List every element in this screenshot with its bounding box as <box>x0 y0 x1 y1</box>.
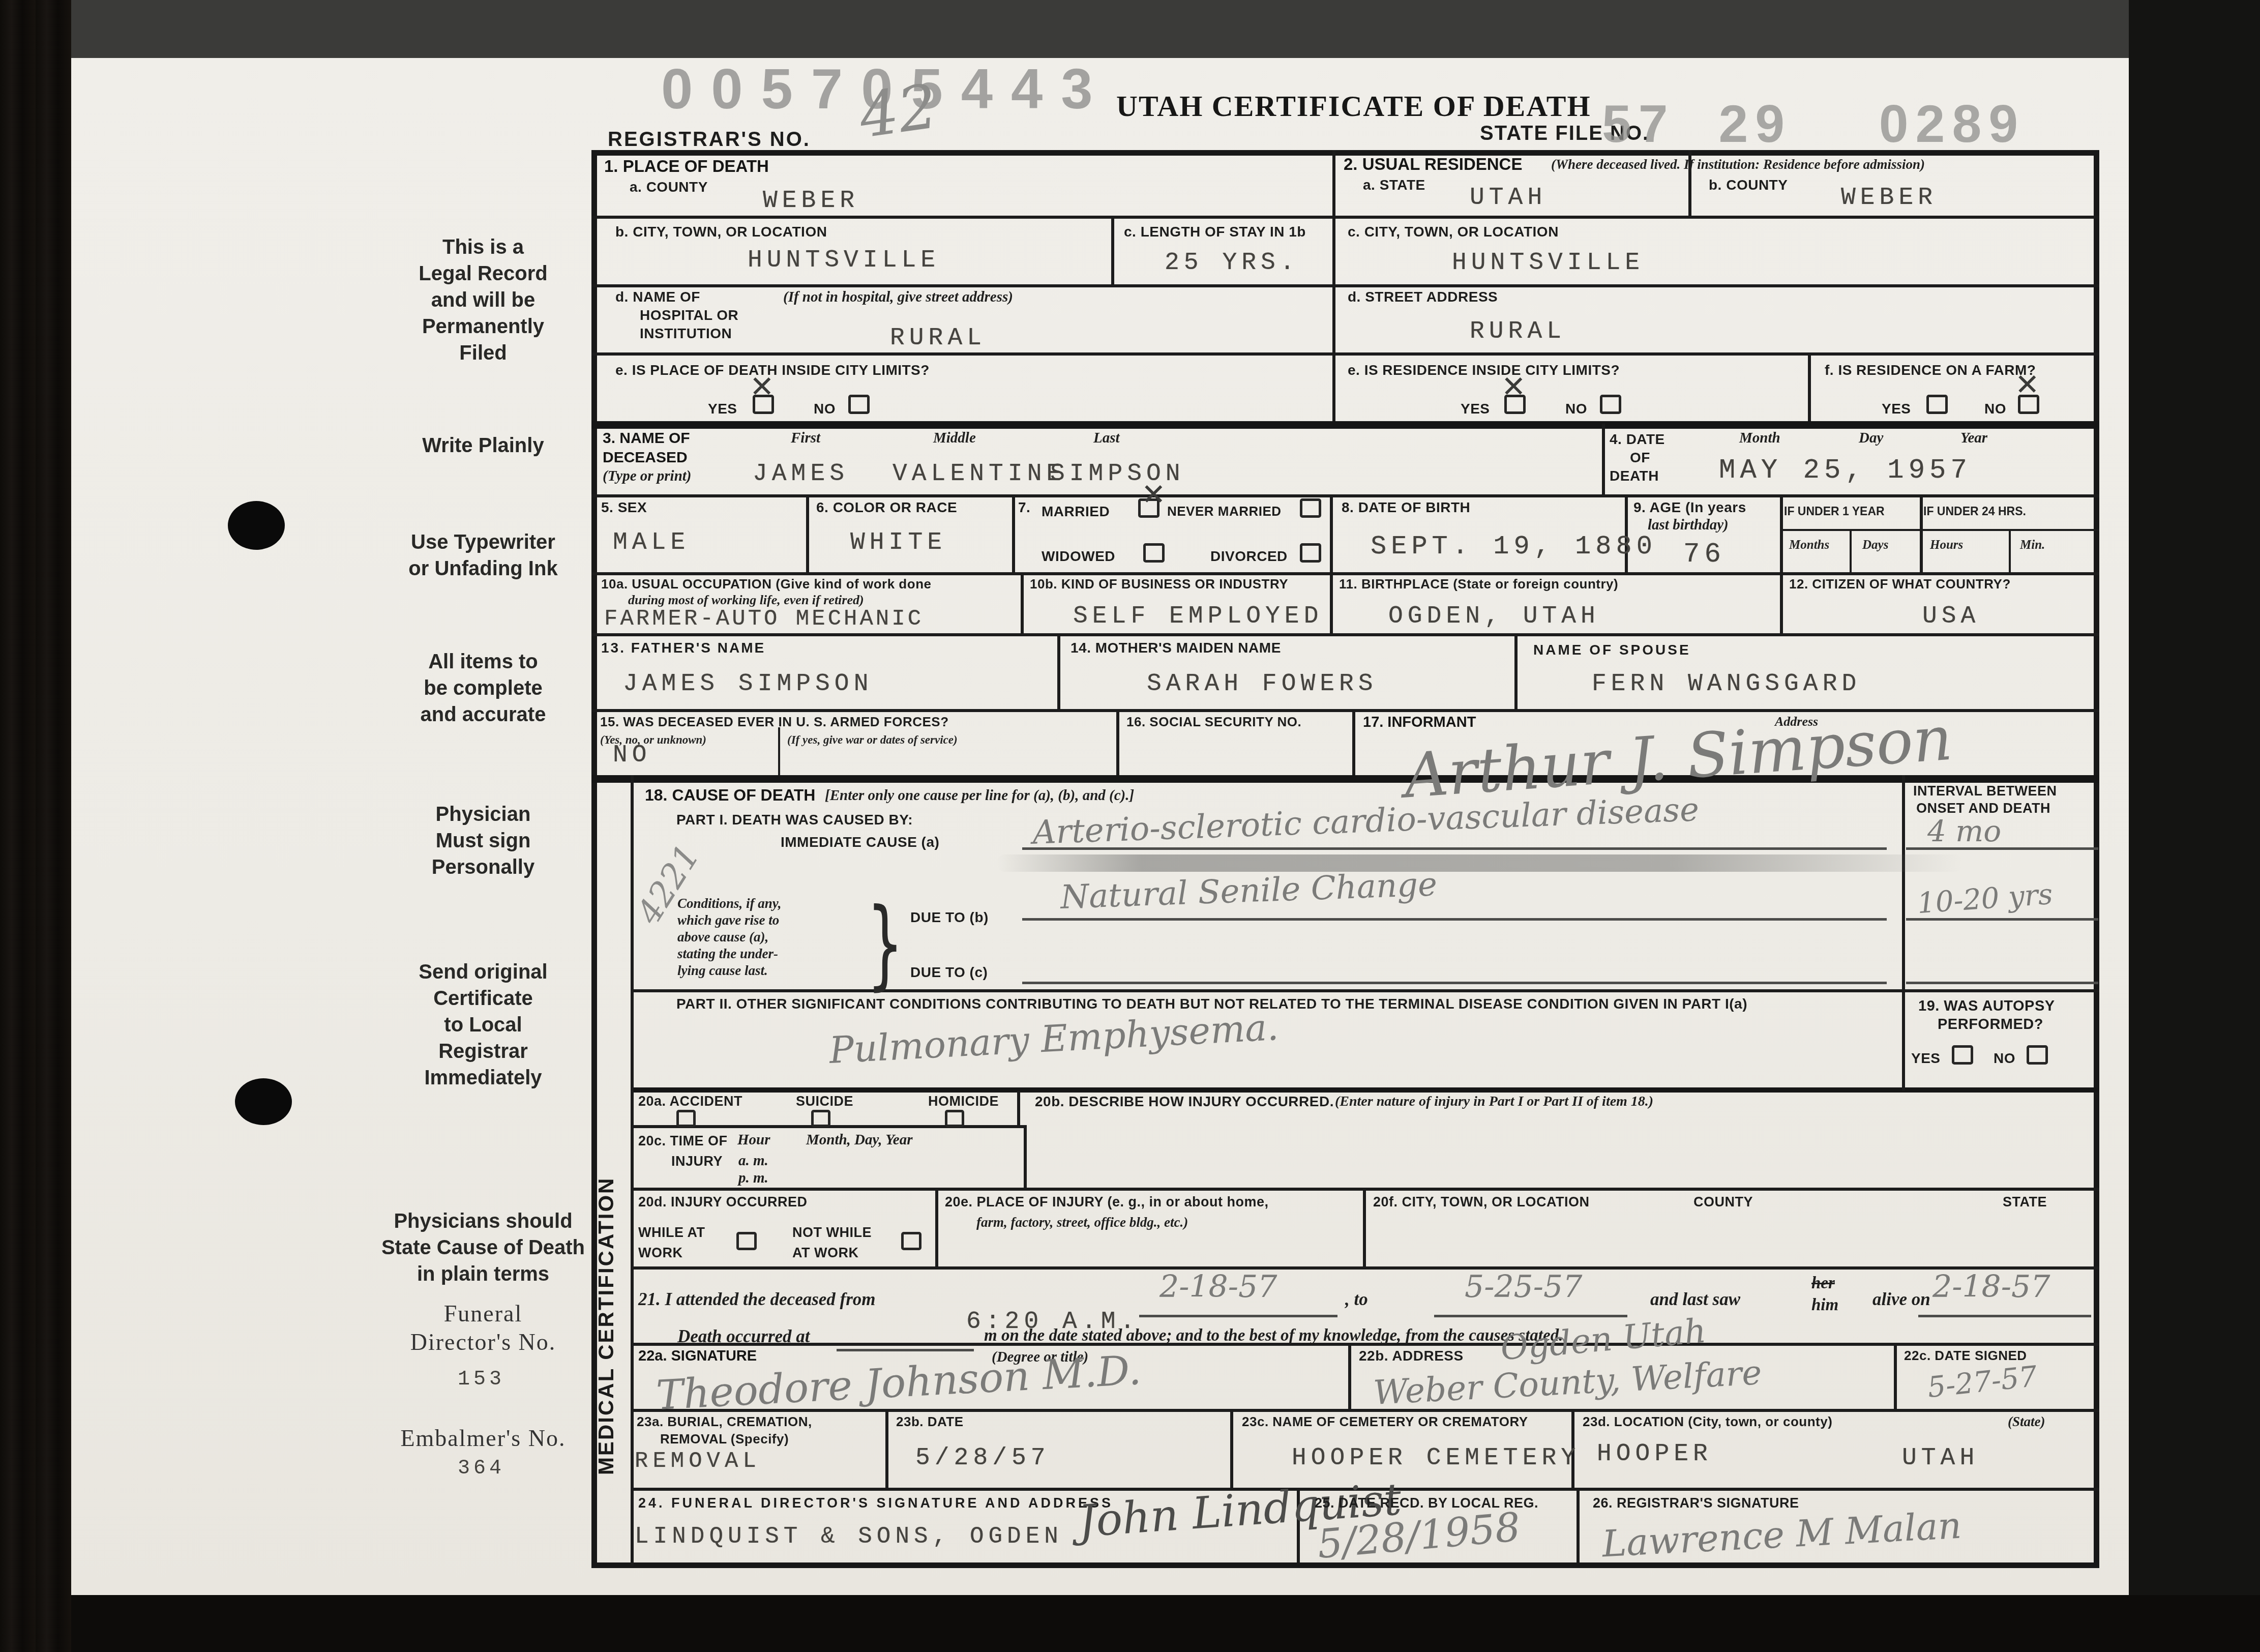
hospital-value: RURAL <box>890 324 986 352</box>
writing-line <box>1022 847 1887 850</box>
attended-to-label: , to <box>1345 1289 1368 1310</box>
res-city-limits-no-checkbox <box>1600 395 1621 414</box>
signature-label: 22a. SIGNATURE <box>638 1348 757 1365</box>
burial-label-2: REMOVAL (Specify) <box>660 1431 789 1447</box>
writing-line <box>1139 1315 1337 1317</box>
divider <box>1012 494 1015 572</box>
res-city-label: c. CITY, TOWN, OR LOCATION <box>1348 224 1559 240</box>
res-city-limits-label: e. IS RESIDENCE INSIDE CITY LIMITS? <box>1348 362 1620 378</box>
interval-a-value: 4 mo <box>1927 814 2001 848</box>
margin-note-write-plainly: Write Plainly <box>351 432 615 459</box>
death-occurred-tail: m on the date stated above; and to the b… <box>984 1326 1563 1345</box>
describe-injury-label: 20b. DESCRIBE HOW INJURY OCCURRED. <box>1035 1094 1334 1110</box>
hours-header: Hours <box>1930 538 1963 552</box>
smudge <box>997 854 1963 872</box>
first-header: First <box>791 430 820 447</box>
burial-label-1: 23a. BURIAL, CREMATION, <box>637 1414 812 1430</box>
color-race-value: WHITE <box>850 529 946 556</box>
divider <box>2009 529 2011 572</box>
industry-label: 10b. KIND OF BUSINESS OR INDUSTRY <box>1030 576 1288 592</box>
margin-line: This is a <box>351 234 615 260</box>
death-certificate-scan: This is a Legal Record and will be Perma… <box>0 0 2260 1652</box>
writing-line <box>1022 918 1887 921</box>
margin-line: to Local <box>351 1012 615 1038</box>
citizen-label: 12. CITIZEN OF WHAT COUNTRY? <box>1789 576 2011 592</box>
time-of-injury-label-2: INJURY <box>671 1154 723 1169</box>
writing-line <box>1434 1315 1627 1317</box>
death-occurred-label: Death occurred at <box>677 1326 810 1347</box>
margin-note-complete: All items to be complete and accurate <box>351 648 615 728</box>
married-label: MARRIED <box>1042 504 1110 520</box>
yes-label: YES <box>708 401 737 417</box>
divider <box>1024 1125 1027 1188</box>
margin-line: Send original <box>351 959 615 985</box>
writing-line <box>1918 1315 2091 1317</box>
industry-value: SELF EMPLOYED <box>1073 603 1323 630</box>
date-of-death-value: MAY 25, 1957 <box>1719 455 1972 486</box>
writing-line <box>1906 918 2098 921</box>
usual-residence-title: 2. USUAL RESIDENCE <box>1344 155 1522 174</box>
date-of-birth-label: 8. DATE OF BIRTH <box>1342 499 1470 516</box>
conditions-brace: } <box>867 888 904 1000</box>
suicide-label: SUICIDE <box>796 1094 853 1109</box>
city-town-label: b. CITY, TOWN, OR LOCATION <box>615 224 827 240</box>
margin-line: Use Typewriter <box>351 529 615 555</box>
hospital-label-1: d. NAME OF <box>615 289 700 305</box>
place-of-injury-label-2: farm, factory, street, office bldg., etc… <box>976 1215 1188 1230</box>
her-label: her <box>1811 1274 1835 1293</box>
divider <box>1017 1091 1020 1125</box>
am-label: a. m. <box>738 1153 768 1169</box>
place-of-injury-label-1: 20e. PLACE OF INJURY (e. g., in or about… <box>945 1194 1269 1210</box>
occupation-label-1: 10a. USUAL OCCUPATION (Give kind of work… <box>601 576 931 592</box>
ssn-label: 16. SOCIAL SECURITY NO. <box>1126 714 1301 730</box>
divider <box>591 633 2099 636</box>
conditions-line: lying cause last. <box>677 962 782 979</box>
homicide-checkbox <box>945 1110 964 1127</box>
divider <box>631 1266 2099 1270</box>
scanner-bed-bottom <box>71 1595 2260 1652</box>
divider <box>1920 494 1923 572</box>
margin-line: Physician <box>351 801 615 828</box>
margin-line: be complete <box>351 675 615 701</box>
age-value: 76 <box>1683 539 1726 570</box>
divider <box>631 1409 2099 1412</box>
margin-note-send-original: Send original Certificate to Local Regis… <box>351 959 615 1091</box>
no-label: NO <box>814 401 836 417</box>
attended-pre-label: 21. I attended the deceased from <box>638 1289 876 1310</box>
medical-certification-label: MEDICAL CERTIFICATION <box>594 1177 618 1475</box>
divider <box>1116 709 1119 775</box>
scanner-bed-left <box>0 0 71 1652</box>
not-while-at-work-label-1: NOT WHILE <box>792 1225 872 1241</box>
registrars-no-label: REGISTRAR'S NO. <box>608 128 811 151</box>
scanner-bed-right <box>2129 0 2260 1652</box>
marital-number: 7. <box>1018 499 1030 516</box>
birthplace-value: OGDEN, UTAH <box>1388 603 1600 630</box>
cause-of-death-label: 18. CAUSE OF DEATH <box>645 786 815 805</box>
spouse-value: FERN WANGSGARD <box>1592 670 1861 698</box>
middle-header: Middle <box>933 430 976 447</box>
divider <box>806 494 809 572</box>
margin-note-plain-terms: Physicians should State Cause of Death i… <box>336 1208 631 1287</box>
injury-city-label: 20f. CITY, TOWN, OR LOCATION <box>1373 1194 1590 1210</box>
margin-note-typewriter: Use Typewriter or Unfading Ink <box>351 529 615 582</box>
no-label: NO <box>1994 1050 2015 1067</box>
no-label: NO <box>1984 401 2006 417</box>
fathers-name-label: 13. FATHER'S NAME <box>601 640 765 656</box>
autopsy-yes-checkbox <box>1952 1045 1973 1065</box>
location-state-value: UTAH <box>1902 1444 1979 1472</box>
margin-line: Must sign <box>351 828 615 854</box>
divider <box>1330 572 1333 633</box>
conditions-line: Conditions, if any, <box>677 895 782 912</box>
margin-note-physician: Physician Must sign Personally <box>351 801 615 880</box>
checkbox-x-mark: ✕ <box>750 369 775 404</box>
divider <box>1330 494 1333 572</box>
accident-label: 20a. ACCIDENT <box>638 1094 742 1109</box>
city-town-value: HUNTSVILLE <box>748 247 940 274</box>
month-header: Month <box>1739 430 1780 447</box>
divider <box>1363 1188 1366 1266</box>
mothers-maiden-value: SARAH FOWERS <box>1147 670 1378 698</box>
year-header: Year <box>1960 430 1987 447</box>
while-at-work-label-1: WHILE AT <box>638 1225 705 1241</box>
county-label: a. COUNTY <box>630 179 708 195</box>
autopsy-label-2: PERFORMED? <box>1938 1016 2043 1033</box>
divider <box>778 727 780 775</box>
attended-to-value: 5-25-57 <box>1465 1269 1582 1305</box>
length-of-stay-value: 25 YRS. <box>1165 249 1299 277</box>
date-of-birth-value: SEPT. 19, 1880 <box>1371 532 1657 562</box>
place-city-limits-no-checkbox <box>848 395 870 414</box>
no-label: NO <box>1565 401 1587 417</box>
conditions-note: Conditions, if any, which gave rise to a… <box>677 895 782 979</box>
widowed-label: WIDOWED <box>1042 548 1115 565</box>
divider <box>591 421 2099 429</box>
date-of-death-label-2: OF <box>1630 450 1650 466</box>
min-header: Min. <box>2020 538 2045 552</box>
date-of-death-label-3: DEATH <box>1610 468 1659 484</box>
punch-hole <box>235 1078 292 1125</box>
divider <box>631 1087 2099 1093</box>
punch-hole <box>228 501 285 550</box>
margin-line: Physicians should <box>336 1208 631 1234</box>
res-farm-yes-checkbox <box>1926 395 1948 414</box>
street-address-label: d. STREET ADDRESS <box>1348 289 1498 305</box>
divider <box>591 216 2099 219</box>
autopsy-no-checkbox <box>2027 1045 2048 1065</box>
divider <box>631 775 634 1567</box>
margin-line: Immediately <box>351 1065 615 1091</box>
divider <box>1894 1343 1897 1409</box>
writing-line <box>837 1349 974 1351</box>
location-city-value: HOOPER <box>1597 1440 1712 1468</box>
him-label: him <box>1811 1296 1838 1315</box>
injury-county-label: COUNTY <box>1693 1194 1753 1210</box>
funeral-directors-no-label: Funeral Director's No. <box>351 1300 615 1356</box>
divider <box>591 284 2099 287</box>
armed-forces-hint-2: (If yes, give war or dates of service) <box>787 733 958 747</box>
divider <box>1057 633 1060 709</box>
month-day-year-header: Month, Day, Year <box>806 1132 912 1148</box>
margin-line: Personally <box>351 854 615 880</box>
funeral-home-value: LINDQUIST & SONS, OGDEN <box>635 1523 1063 1550</box>
divider <box>591 494 2099 497</box>
last-alive-value: 2-18-57 <box>1932 1269 2050 1305</box>
funeral-director-sig-label: 24. FUNERAL DIRECTOR'S SIGNATURE AND ADD… <box>638 1495 1113 1511</box>
spouse-label: NAME OF SPOUSE <box>1533 642 1691 658</box>
due-to-c-label: DUE TO (c) <box>910 964 988 981</box>
location-label: 23d. LOCATION (City, town, or county) <box>1583 1414 1832 1430</box>
citizen-value: USA <box>1922 603 1980 630</box>
immediate-cause-label: IMMEDIATE CAUSE (a) <box>781 834 939 850</box>
divider <box>935 1188 938 1266</box>
margin-line: Funeral <box>351 1300 615 1328</box>
divider <box>591 572 2099 575</box>
margin-line: Registrar <box>351 1038 615 1065</box>
never-married-checkbox <box>1300 498 1321 518</box>
state-file-no-value: 57 29 0289 <box>1602 94 2025 155</box>
yes-label: YES <box>1461 401 1490 417</box>
state-value: UTAH <box>1470 184 1547 212</box>
writing-line <box>1906 847 2098 850</box>
cemetery-label: 23c. NAME OF CEMETERY OR CREMATORY <box>1242 1414 1528 1430</box>
res-farm-label: f. IS RESIDENCE ON A FARM? <box>1825 362 2036 378</box>
hospital-label-2: HOSPITAL OR <box>640 307 738 323</box>
injury-state-label: STATE <box>2003 1194 2047 1210</box>
place-of-death-title: 1. PLACE OF DEATH <box>604 157 769 176</box>
margin-line: Filed <box>351 340 615 366</box>
part1-label: PART I. DEATH WAS CAUSED BY: <box>676 812 913 828</box>
middle-name-value: VALENTINE <box>893 460 1065 488</box>
margin-line: State Cause of Death <box>336 1234 631 1261</box>
checkbox-x-mark: ✕ <box>2015 367 2040 402</box>
location-state-header: (State) <box>2008 1414 2045 1430</box>
if-under-24-hrs-label: IF UNDER 24 HRS. <box>1923 505 2026 518</box>
res-city-value: HUNTSVILLE <box>1452 249 1644 277</box>
divider <box>1352 709 1355 775</box>
county-value: WEBER <box>763 187 859 215</box>
divider <box>1230 1409 1233 1488</box>
age-label-1: 9. AGE (In years <box>1633 499 1746 516</box>
days-header: Days <box>1862 538 1888 552</box>
autopsy-label-1: 19. WAS AUTOPSY <box>1918 998 2055 1015</box>
street-address-value: RURAL <box>1470 318 1566 345</box>
checkbox-x-mark: ✕ <box>1501 369 1526 404</box>
embalmers-no-label: Embalmer's No. <box>351 1424 615 1453</box>
occupation-label-2: during most of working life, even if ret… <box>628 593 864 608</box>
divider <box>1780 494 1783 572</box>
divider <box>1577 1488 1580 1562</box>
time-of-injury-label-1: 20c. TIME OF <box>638 1133 728 1149</box>
margin-line: and accurate <box>351 701 615 728</box>
divider <box>631 989 2099 992</box>
divider <box>1808 352 1811 421</box>
checkbox-x-mark: ✕ <box>1141 477 1166 512</box>
date-signed-label: 22c. DATE SIGNED <box>1904 1348 2027 1364</box>
burial-value: REMOVAL <box>635 1449 761 1474</box>
margin-note-legal-record: This is a Legal Record and will be Perma… <box>351 234 615 366</box>
suicide-checkbox <box>811 1110 830 1127</box>
divider <box>1780 572 1783 633</box>
name-of-deceased-label-2: DECEASED <box>603 449 688 466</box>
armed-forces-value: NO <box>613 742 651 769</box>
divider <box>1332 150 1335 421</box>
hour-header: Hour <box>737 1132 770 1148</box>
while-at-work-label-2: WORK <box>638 1245 682 1261</box>
sex-value: MALE <box>613 529 690 556</box>
birthplace-label: 11. BIRTHPLACE (State or foreign country… <box>1339 576 1618 592</box>
res-county-value: WEBER <box>1841 184 1937 212</box>
margin-line: Legal Record <box>351 260 615 287</box>
margin-line: or Unfading Ink <box>351 555 615 582</box>
margin-line: All items to <box>351 648 615 675</box>
writing-line <box>1022 982 1887 984</box>
divider <box>1902 775 1905 1090</box>
color-race-label: 6. COLOR OR RACE <box>816 499 957 516</box>
length-of-stay-label: c. LENGTH OF STAY IN 1b <box>1124 224 1306 240</box>
cemetery-value: HOOPER CEMETERY <box>1292 1444 1580 1472</box>
res-county-label: b. COUNTY <box>1709 177 1788 193</box>
cause-of-death-bracket: [Enter only one cause per line for (a), … <box>825 787 1134 804</box>
yes-label: YES <box>1911 1050 1941 1067</box>
funeral-directors-no-value: 153 <box>458 1368 505 1391</box>
registrars-no-value: 42 <box>855 71 942 152</box>
divider <box>1111 216 1114 284</box>
pm-label: p. m. <box>738 1170 768 1187</box>
attended-from-value: 2-18-57 <box>1159 1269 1277 1305</box>
sex-label: 5. SEX <box>601 499 647 516</box>
margin-line: Permanently <box>351 313 615 340</box>
divider <box>591 352 2099 356</box>
divorced-checkbox <box>1300 543 1321 563</box>
registrar-signature-label: 26. REGISTRAR'S SIGNATURE <box>1593 1495 1799 1511</box>
divider <box>885 1409 888 1488</box>
type-or-print-hint: (Type or print) <box>603 468 692 485</box>
if-under-1-year-label: IF UNDER 1 YEAR <box>1784 505 1885 518</box>
divider <box>1780 529 2099 531</box>
margin-line: and will be <box>351 287 615 313</box>
not-while-at-work-label-2: AT WORK <box>792 1245 858 1261</box>
mothers-maiden-label: 14. MOTHER'S MAIDEN NAME <box>1070 640 1281 656</box>
conditions-line: which gave rise to <box>677 912 782 929</box>
certificate-title: UTAH CERTIFICATE OF DEATH <box>1116 89 1591 123</box>
months-header: Months <box>1789 538 1829 552</box>
burial-date-value: 5/28/57 <box>915 1444 1050 1472</box>
name-of-deceased-label-1: 3. NAME OF <box>603 430 690 447</box>
first-name-value: JAMES <box>753 460 849 488</box>
day-header: Day <box>1859 430 1883 447</box>
margin-line: Director's No. <box>351 1328 615 1356</box>
scanner-bed-top <box>71 0 2260 58</box>
embalmers-no-value: 364 <box>458 1457 505 1480</box>
divider <box>1602 424 1605 494</box>
homicide-label: HOMICIDE <box>928 1094 999 1109</box>
while-at-work-checkbox <box>736 1232 757 1250</box>
describe-injury-hint: (Enter nature of injury in Part I or Par… <box>1335 1094 1653 1110</box>
divider <box>1348 1343 1351 1409</box>
injury-occurred-label: 20d. INJURY OCCURRED <box>638 1194 808 1210</box>
armed-forces-label: 15. WAS DECEASED EVER IN U. S. ARMED FOR… <box>600 714 949 730</box>
last-header: Last <box>1093 430 1120 447</box>
conditions-line: above cause (a), <box>677 929 782 946</box>
accident-checkbox <box>676 1110 696 1127</box>
divider <box>1850 529 1852 572</box>
address-label: 22b. ADDRESS <box>1359 1348 1464 1364</box>
divider <box>1514 633 1518 709</box>
conditions-line: stating the under- <box>677 946 782 962</box>
last-saw-label-1: and last saw <box>1650 1289 1740 1310</box>
burial-date-label: 23b. DATE <box>896 1414 964 1430</box>
not-while-at-work-checkbox <box>901 1232 921 1250</box>
date-of-death-label-1: 4. DATE <box>1610 431 1665 448</box>
widowed-checkbox <box>1143 543 1165 563</box>
writing-line <box>1906 982 2098 984</box>
state-label: a. STATE <box>1363 177 1425 193</box>
hospital-hint: (If not in hospital, give street address… <box>783 289 1013 306</box>
hospital-label-3: INSTITUTION <box>640 326 732 342</box>
never-married-label: NEVER MARRIED <box>1167 504 1282 519</box>
divider <box>1021 572 1024 633</box>
informant-label: 17. INFORMANT <box>1363 714 1476 731</box>
due-to-b-label: DUE TO (b) <box>910 909 989 926</box>
margin-line: Certificate <box>351 985 615 1012</box>
fathers-name-value: JAMES SIMPSON <box>623 670 873 698</box>
age-label-2: last birthday) <box>1648 517 1729 534</box>
yes-label: YES <box>1882 401 1911 417</box>
margin-line: in plain terms <box>336 1261 631 1287</box>
usual-residence-hint: (Where deceased lived. If institution: R… <box>1551 157 1925 172</box>
interval-label-1: INTERVAL BETWEEN <box>1913 783 2057 799</box>
occupation-value: FARMER-AUTO MECHANIC <box>604 606 924 632</box>
divorced-label: DIVORCED <box>1210 548 1288 565</box>
last-saw-label-2: alive on <box>1872 1289 1930 1310</box>
